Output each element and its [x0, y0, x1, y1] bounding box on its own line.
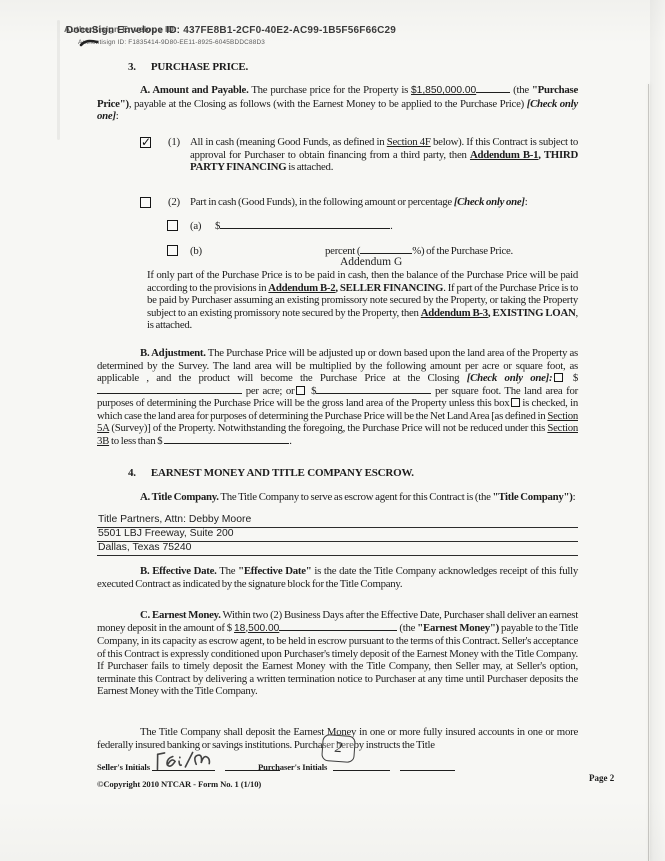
text-segment: is attached.	[286, 161, 333, 173]
text-segment: A. Title Company.	[140, 491, 219, 503]
text-segment: [Check only one]:	[467, 372, 553, 384]
item-number: (a)	[190, 220, 201, 232]
checkbox-icon[interactable]	[511, 398, 520, 407]
sellers-initials-signature	[153, 747, 212, 772]
text-segment: to less than $	[109, 435, 164, 447]
option-2a-text: $.	[215, 220, 393, 233]
checkbox-icon[interactable]	[554, 373, 563, 382]
text-segment: Addendum B-3	[421, 307, 488, 319]
title-company-address: Title Partners, Attn: Debby Moore 5501 L…	[97, 514, 578, 556]
text-segment: :	[573, 491, 576, 503]
text-segment: SELLER FINANCING	[340, 282, 443, 294]
text-segment: The Title Company to serve as escrow age…	[219, 491, 493, 503]
blank-line	[220, 220, 390, 229]
blank-line	[279, 622, 397, 631]
purchasers-initials-signature: 2	[321, 734, 356, 763]
option-part-in-cash: (2) Part in cash (Good Funds), in the fo…	[140, 196, 578, 209]
text-segment: "Effective Date"	[238, 565, 311, 577]
checkbox-2b[interactable]	[167, 245, 178, 256]
text-segment: $	[565, 372, 578, 384]
option-part-in-cash-text: Part in cash (Good Funds), in the follow…	[190, 196, 578, 209]
text-segment: %) of the Purchase Price.	[412, 245, 513, 257]
text-segment: B. Adjustment.	[140, 347, 206, 359]
text-segment: Section 4F	[387, 136, 431, 148]
purchasers-initials-label: Purchaser's Initials	[258, 762, 327, 772]
text-segment: :	[116, 110, 119, 122]
text-segment: C. Earnest Money.	[140, 609, 221, 621]
text-segment: The	[217, 565, 239, 577]
checkbox-all-in-cash[interactable]: ✓	[140, 137, 151, 148]
text-segment: Addendum B-2	[268, 282, 335, 294]
checkbox-2a[interactable]	[167, 220, 178, 231]
option-all-in-cash-text: All in cash (meaning Good Funds, as defi…	[190, 136, 578, 174]
copyright-line: ©Copyright 2010 NTCAR - Form No. 1 (1/10…	[97, 779, 261, 789]
title-company-line-3[interactable]: Dallas, Texas 75240	[97, 542, 578, 556]
para-amount-payable: A. Amount and Payable. The purchase pric…	[97, 84, 578, 123]
blank-line	[164, 435, 289, 444]
para-effective-date: B. Effective Date. The "Effective Date" …	[97, 565, 578, 590]
docusign-envelope-id: DocuSign Envelope ID: 437FE8B1-2CF0-40E2…	[66, 25, 396, 36]
text-segment: B. Effective Date.	[140, 565, 217, 577]
text-segment: , payable at the Closing as follows (wit…	[129, 98, 527, 110]
section4-number: 4.	[128, 467, 136, 479]
text-segment: per acre; or	[242, 385, 294, 397]
page-number: Page 2	[589, 773, 614, 783]
para-title-company: A. Title Company. The Title Company to s…	[97, 491, 578, 504]
text-segment: The purchase price for the Property is	[249, 84, 411, 96]
authentisign-id: Authentisign ID: F1835414-9D80-EE11-8925…	[78, 39, 265, 46]
para-earnest-money: C. Earnest Money. Within two (2) Busines…	[97, 609, 578, 698]
blank-line	[360, 245, 412, 254]
blank-line	[476, 84, 510, 93]
para-balance: If only part of the Purchase Price is to…	[147, 269, 578, 332]
text-segment: 18,500.00	[234, 623, 279, 634]
scanned-contract-page: Authentisign Envelope ID: DocuSign Envel…	[0, 0, 665, 861]
text-segment: Addendum B-1	[470, 149, 538, 161]
text-segment: .	[289, 435, 291, 447]
text-segment: $1,850,000.00	[411, 85, 476, 96]
text-segment: "Title Company")	[493, 491, 573, 503]
para-adjustment: B. Adjustment. The Purchase Price will b…	[97, 347, 578, 447]
pen-mark-icon	[80, 37, 100, 49]
blank-line	[97, 385, 242, 394]
checkbox-icon[interactable]	[296, 386, 305, 395]
option-all-in-cash: ✓ (1) All in cash (meaning Good Funds, a…	[140, 136, 578, 174]
checkbox-part-in-cash[interactable]	[140, 197, 151, 208]
section4-title: EARNEST MONEY AND TITLE COMPANY ESCROW.	[151, 467, 414, 479]
text-segment: All in cash (meaning Good Funds, as defi…	[190, 136, 387, 148]
blank-line	[316, 385, 431, 394]
text-segment: EXISTING LOAN	[492, 307, 575, 319]
section4-heading: 4.EARNEST MONEY AND TITLE COMPANY ESCROW…	[128, 467, 414, 479]
item-number: (2)	[168, 196, 180, 208]
sellers-initials-label: Seller's Initials	[97, 762, 150, 772]
text-segment: (Survey)] of the Property. Notwithstandi…	[109, 422, 547, 434]
page-edge-line	[648, 84, 649, 861]
text-segment: "Earnest Money")	[417, 622, 499, 634]
text-segment: (the	[397, 622, 417, 634]
text-segment: A. Amount and Payable.	[140, 84, 249, 96]
text-segment: :	[525, 196, 528, 208]
text-segment: (the	[510, 84, 532, 96]
section3-number: 3.	[128, 61, 136, 73]
section3-heading: 3.PURCHASE PRICE.	[128, 61, 248, 73]
text-segment: .	[390, 220, 392, 232]
page-edge-shadow	[650, 0, 665, 861]
text-segment: [Check only one]	[454, 196, 525, 208]
item-number: (1)	[168, 136, 180, 148]
section3-title: PURCHASE PRICE.	[151, 61, 248, 73]
text-segment: $	[307, 385, 316, 397]
checkmark-icon: ✓	[141, 135, 151, 149]
title-company-line-1[interactable]: Title Partners, Attn: Debby Moore	[97, 514, 578, 528]
addendum-g-label: Addendum G	[340, 256, 402, 268]
title-company-line-2[interactable]: 5501 LBJ Freeway, Suite 200	[97, 528, 578, 542]
purchasers-initials-line-1[interactable]	[333, 770, 390, 771]
item-number: (b)	[190, 245, 202, 257]
text-segment: Part in cash (Good Funds), in the follow…	[190, 196, 454, 208]
purchasers-initials-line-2[interactable]	[400, 770, 455, 771]
scan-artifact	[57, 20, 60, 140]
